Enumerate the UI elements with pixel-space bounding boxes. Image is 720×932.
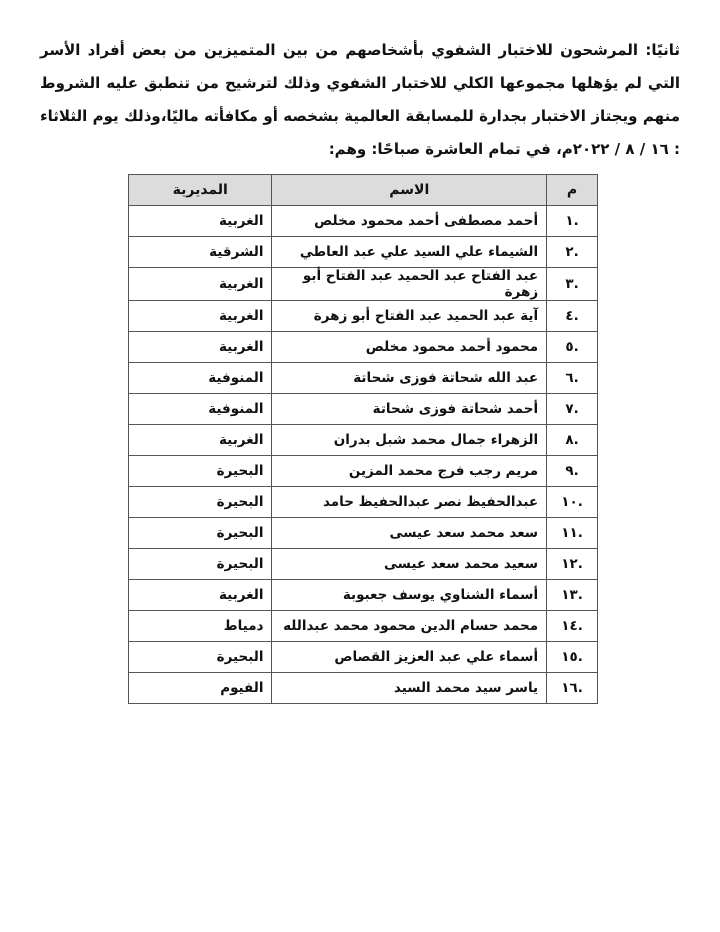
table-row: .٧أحمد شحاتة فوزى شحاتةالمنوفية bbox=[129, 394, 598, 425]
table-row: .١٤محمد حسام الدين محمود محمد عبداللهدمي… bbox=[129, 611, 598, 642]
table-row: .١٣أسماء الشناوي يوسف جعبوبةالغربية bbox=[129, 580, 598, 611]
table-row: .٢الشيماء علي السيد علي عبد العاطيالشرقي… bbox=[129, 237, 598, 268]
row-num: .٩ bbox=[547, 456, 598, 487]
row-name: عبد الفتاح عبد الحميد عبد الفتاح أبو زهر… bbox=[272, 268, 547, 301]
row-name: سعد محمد سعد عيسى bbox=[272, 518, 547, 549]
row-name: آية عبد الحميد عبد الفتاح أبو زهرة bbox=[272, 301, 547, 332]
table-row: .١٠عبدالحفيظ نصر عبدالحفيظ حامدالبحيرة bbox=[129, 487, 598, 518]
table-header-row: م الاسم المديرية bbox=[129, 175, 598, 206]
row-name: أسماء علي عبد العزيز القصاص bbox=[272, 642, 547, 673]
row-num: .٣ bbox=[547, 268, 598, 301]
row-directorate: دمياط bbox=[129, 611, 272, 642]
row-num: .١١ bbox=[547, 518, 598, 549]
row-directorate: الشرقية bbox=[129, 237, 272, 268]
intro-paragraph: ثانيًا: المرشحون للاختبار الشفوي بأشخاصه… bbox=[40, 34, 680, 166]
table-row: .١٥أسماء علي عبد العزيز القصاصالبحيرة bbox=[129, 642, 598, 673]
row-name: مريم رجب فرج محمد المزين bbox=[272, 456, 547, 487]
table-row: .١أحمد مصطفى أحمد محمود مخلصالغربية bbox=[129, 206, 598, 237]
table-row: .٣عبد الفتاح عبد الحميد عبد الفتاح أبو ز… bbox=[129, 268, 598, 301]
row-directorate: الغربية bbox=[129, 268, 272, 301]
row-name: عبدالحفيظ نصر عبدالحفيظ حامد bbox=[272, 487, 547, 518]
row-directorate: الغربية bbox=[129, 332, 272, 363]
header-name: الاسم bbox=[272, 175, 547, 206]
table-row: .١١سعد محمد سعد عيسىالبحيرة bbox=[129, 518, 598, 549]
intro-text: ثانيًا: المرشحون للاختبار الشفوي بأشخاصه… bbox=[40, 34, 680, 166]
row-num: .٤ bbox=[547, 301, 598, 332]
table-row: .٤آية عبد الحميد عبد الفتاح أبو زهرةالغر… bbox=[129, 301, 598, 332]
row-directorate: الغربية bbox=[129, 425, 272, 456]
row-directorate: البحيرة bbox=[129, 642, 272, 673]
header-num: م bbox=[547, 175, 598, 206]
row-num: .٧ bbox=[547, 394, 598, 425]
row-name: أسماء الشناوي يوسف جعبوبة bbox=[272, 580, 547, 611]
row-name: محمود أحمد محمود مخلص bbox=[272, 332, 547, 363]
row-num: .١٤ bbox=[547, 611, 598, 642]
row-directorate: الغربية bbox=[129, 580, 272, 611]
row-name: أحمد مصطفى أحمد محمود مخلص bbox=[272, 206, 547, 237]
table-row: .٦عبد الله شحاتة فوزى شحاتةالمنوفية bbox=[129, 363, 598, 394]
row-num: .١ bbox=[547, 206, 598, 237]
row-num: .٢ bbox=[547, 237, 598, 268]
table-row: .١٦ياسر سيد محمد السيدالفيوم bbox=[129, 673, 598, 704]
row-num: .٨ bbox=[547, 425, 598, 456]
row-num: .١٣ bbox=[547, 580, 598, 611]
row-directorate: البحيرة bbox=[129, 518, 272, 549]
row-directorate: الغربية bbox=[129, 301, 272, 332]
row-directorate: البحيرة bbox=[129, 487, 272, 518]
row-num: .١٢ bbox=[547, 549, 598, 580]
row-name: الشيماء علي السيد علي عبد العاطي bbox=[272, 237, 547, 268]
table-row: .١٢سعيد محمد سعد عيسىالبحيرة bbox=[129, 549, 598, 580]
candidates-table: م الاسم المديرية .١أحمد مصطفى أحمد محمود… bbox=[128, 174, 598, 704]
row-num: .٦ bbox=[547, 363, 598, 394]
row-directorate: البحيرة bbox=[129, 549, 272, 580]
row-name: عبد الله شحاتة فوزى شحاتة bbox=[272, 363, 547, 394]
row-directorate: البحيرة bbox=[129, 456, 272, 487]
row-num: .٥ bbox=[547, 332, 598, 363]
row-num: .١٠ bbox=[547, 487, 598, 518]
header-directorate: المديرية bbox=[129, 175, 272, 206]
row-name: الزهراء جمال محمد شبل بدران bbox=[272, 425, 547, 456]
row-num: .١٦ bbox=[547, 673, 598, 704]
row-num: .١٥ bbox=[547, 642, 598, 673]
table-row: .٩مريم رجب فرج محمد المزينالبحيرة bbox=[129, 456, 598, 487]
row-directorate: الفيوم bbox=[129, 673, 272, 704]
table-row: .٨الزهراء جمال محمد شبل بدرانالغربية bbox=[129, 425, 598, 456]
row-directorate: المنوفية bbox=[129, 394, 272, 425]
row-name: محمد حسام الدين محمود محمد عبدالله bbox=[272, 611, 547, 642]
row-name: ياسر سيد محمد السيد bbox=[272, 673, 547, 704]
row-name: سعيد محمد سعد عيسى bbox=[272, 549, 547, 580]
row-name: أحمد شحاتة فوزى شحاتة bbox=[272, 394, 547, 425]
row-directorate: المنوفية bbox=[129, 363, 272, 394]
row-directorate: الغربية bbox=[129, 206, 272, 237]
table-row: .٥محمود أحمد محمود مخلصالغربية bbox=[129, 332, 598, 363]
